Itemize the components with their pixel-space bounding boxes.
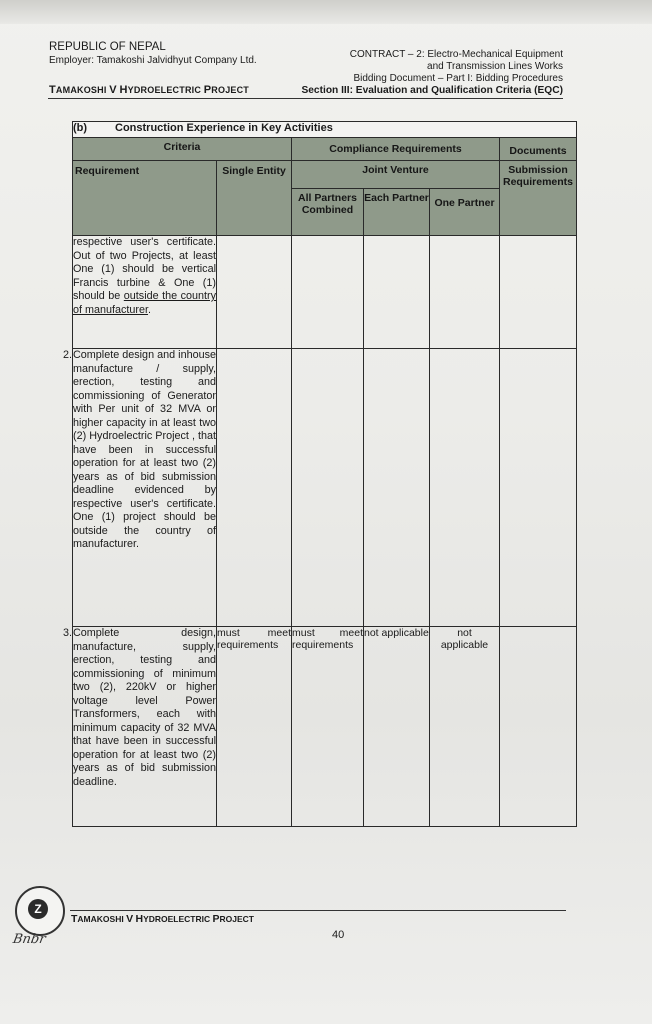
header-divider [48, 98, 563, 99]
all-partners-cell [292, 349, 364, 627]
all-partners-cell: must meet requirements [292, 627, 364, 827]
table-title: Construction Experience in Key Activitie… [115, 122, 333, 134]
footer-project-title: TAMAKOSHI V HYDROELECTRIC PROJECT [71, 913, 254, 925]
requirement-cell-2: 2.Complete design and inhouse manufactur… [73, 349, 217, 627]
company-seal-icon: Z [15, 886, 65, 936]
documents-cell [500, 627, 577, 827]
single-entity-cell: must meet requirements [217, 627, 292, 827]
page-number: 40 [332, 929, 344, 941]
requirement-text: Complete design and inhouse manufacture … [73, 349, 216, 550]
table-title-cell: (b)Construction Experience in Key Activi… [73, 122, 577, 138]
footer-divider [70, 910, 566, 911]
documents-cell [500, 236, 577, 349]
one-partner-cell [430, 349, 500, 627]
document-page: REPUBLIC OF NEPAL Employer: Tamakoshi Ja… [0, 0, 652, 1024]
header-project-title: TAMAKOSHI V HYDROELECTRIC PROJECT [49, 84, 249, 96]
header-right: CONTRACT – 2: Electro-Mechanical Equipme… [301, 49, 563, 97]
documents-cell [500, 349, 577, 627]
signature: Bnbr [12, 932, 47, 947]
header-bidding-doc: Bidding Document – Part I: Bidding Proce… [301, 73, 563, 85]
header-employer: Employer: Tamakoshi Jalvidhyut Company L… [49, 54, 257, 67]
requirement-cell-3: 3.Complete design, manufacture, supply, … [73, 627, 217, 827]
single-entity-cell [217, 349, 292, 627]
table-row: 3.Complete design, manufacture, supply, … [73, 627, 577, 827]
header-single-entity: Single Entity [217, 161, 292, 236]
header-each-partner: Each Partner [364, 188, 430, 235]
single-entity-cell [217, 236, 292, 349]
requirement-text: Complete design, manufacture, supply, er… [73, 627, 216, 788]
table-title-row: (b)Construction Experience in Key Activi… [73, 122, 577, 138]
each-partner-cell [364, 349, 430, 627]
table-row: respective user's certificate. Out of tw… [73, 236, 577, 349]
header-criteria: Criteria [73, 138, 292, 161]
header-compliance: Compliance Requirements [292, 138, 500, 161]
project-title-text: TAMAKOSHI V HYDROELECTRIC PROJECT [49, 85, 249, 95]
page-edge-shadow [0, 0, 652, 24]
header-joint-venture: Joint Venture [292, 161, 500, 189]
header-documents: Documents [500, 138, 577, 161]
footer-project-text: TAMAKOSHI V HYDROELECTRIC PROJECT [71, 914, 254, 924]
table-row: 2.Complete design and inhouse manufactur… [73, 349, 577, 627]
header-requirement: Requirement [73, 161, 217, 236]
seal-logo-icon: Z [28, 899, 48, 919]
one-partner-cell [430, 236, 500, 349]
header-section: Section III: Evaluation and Qualificatio… [301, 85, 563, 97]
each-partner-cell [364, 236, 430, 349]
one-partner-cell: not applicable [430, 627, 500, 827]
all-partners-cell [292, 236, 364, 349]
header-country: REPUBLIC OF NEPAL [49, 41, 257, 54]
table-label: (b) [73, 122, 115, 134]
row-number: 2. [63, 349, 73, 363]
header-contract-line1: CONTRACT – 2: Electro-Mechanical Equipme… [301, 49, 563, 61]
header-row-2: Requirement Single Entity Joint Venture … [73, 161, 577, 189]
header-row-1: Criteria Compliance Requirements Documen… [73, 138, 577, 161]
each-partner-cell: not applicable [364, 627, 430, 827]
header-submission: Submission Requirements [500, 161, 577, 236]
requirement-cell-1: respective user's certificate. Out of tw… [73, 236, 217, 349]
eqc-table: (b)Construction Experience in Key Activi… [72, 121, 577, 827]
header-one-partner: One Partner [430, 188, 500, 235]
header-left: REPUBLIC OF NEPAL Employer: Tamakoshi Ja… [49, 41, 257, 67]
header-contract-line2: and Transmission Lines Works [301, 61, 563, 73]
requirement-text: respective user's certificate. Out of tw… [73, 236, 216, 316]
header-all-partners: All Partners Combined [292, 188, 364, 235]
row-number: 3. [63, 627, 73, 641]
